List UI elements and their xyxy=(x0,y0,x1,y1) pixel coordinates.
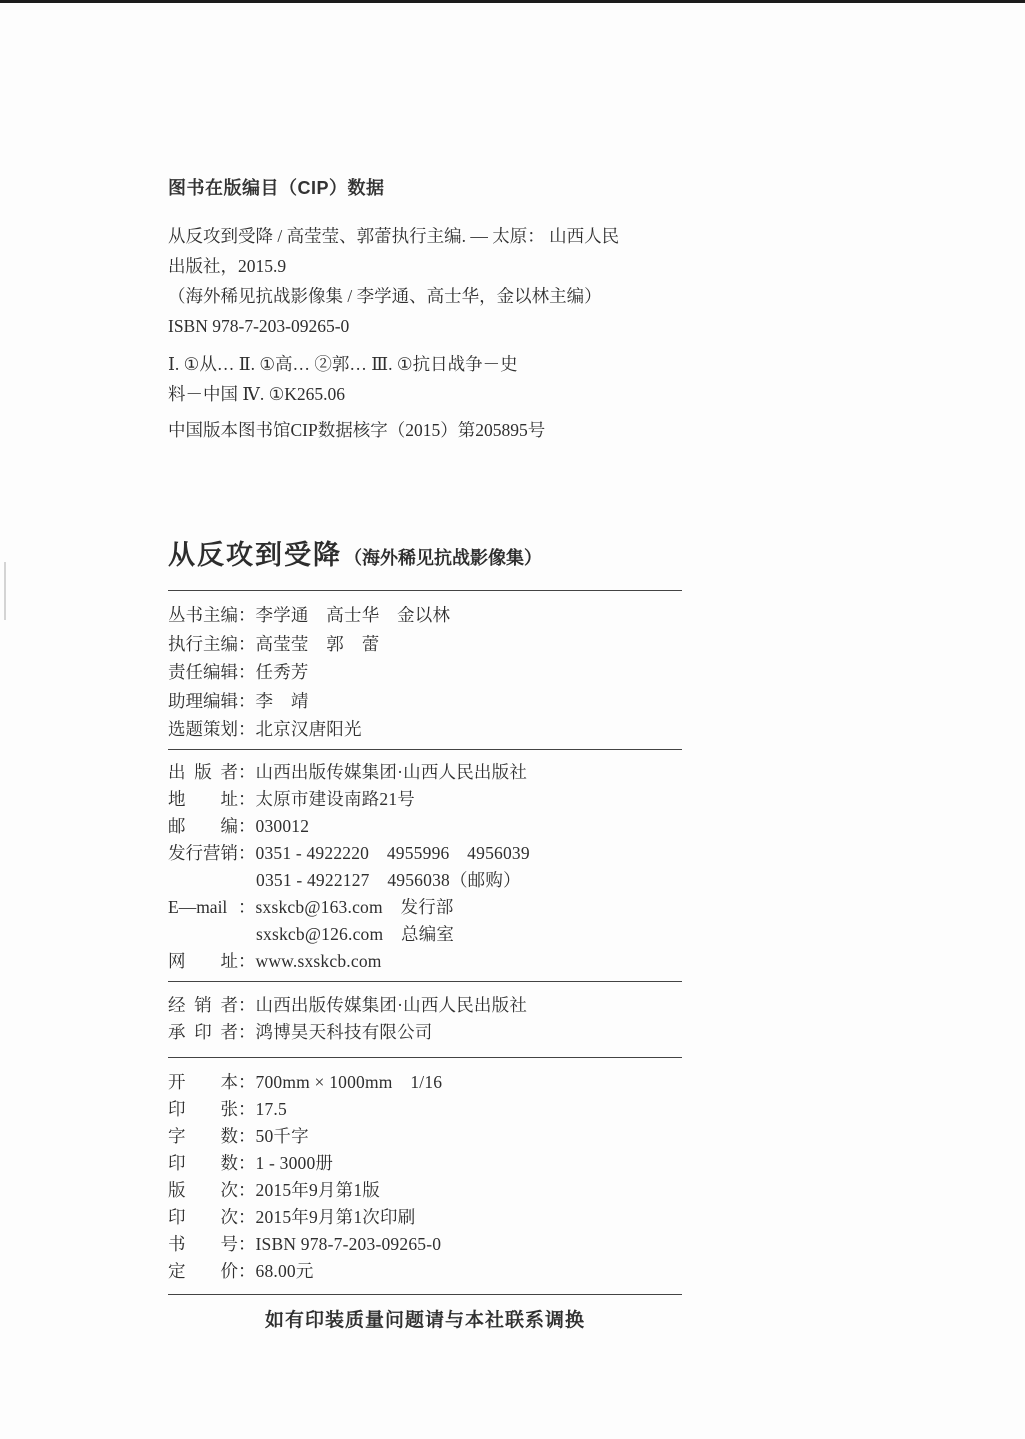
classification-line: 料－中国 Ⅳ. ①K265.06 xyxy=(168,379,682,409)
row-colon: ： xyxy=(238,1258,256,1285)
row-label: 邮编 xyxy=(168,813,238,840)
row-colon: ： xyxy=(238,786,256,813)
row-label: 地址 xyxy=(168,786,238,813)
row-value: 50千字 xyxy=(256,1126,309,1146)
cip-record-paragraph: 从反攻到受降 / 高莹莹、郭蕾执行主编. — 太原： 山西人民 出版社，2015… xyxy=(168,221,682,341)
row-colon: ： xyxy=(238,715,256,744)
row-label: 助理编辑 xyxy=(168,687,238,716)
book-title: 从反攻到受降 xyxy=(168,537,342,573)
book-title-row: 从反攻到受降 （海外稀见抗战影像集） xyxy=(168,537,682,576)
row-value: 1 - 3000册 xyxy=(256,1153,334,1173)
info-row-continuation: sxskcb@126.com 总编室 xyxy=(168,921,682,948)
scan-artifact xyxy=(4,562,6,620)
info-row: E—mail：sxskcb@163.com 发行部 xyxy=(168,894,682,921)
cip-line: （海外稀见抗战影像集 / 李学通、高士华，金以林主编） xyxy=(168,281,682,311)
row-colon: ： xyxy=(238,658,256,687)
row-value: 68.00元 xyxy=(256,1261,314,1281)
cip-registry-number: 中国版本图书馆CIP数据核字（2015）第205895号 xyxy=(168,417,682,443)
info-row: 丛书主编：李学通 高士华 金以林 xyxy=(168,601,682,630)
row-colon: ： xyxy=(238,1069,256,1096)
row-label: 印数 xyxy=(168,1150,238,1177)
row-label: 出版者 xyxy=(168,759,238,786)
row-colon: ： xyxy=(238,1123,256,1150)
row-label: 定价 xyxy=(168,1258,238,1285)
divider xyxy=(168,1057,682,1058)
row-value: 鸿博昊天科技有限公司 xyxy=(256,1022,433,1042)
row-label: 字数 xyxy=(168,1123,238,1150)
cip-line: ISBN 978-7-203-09265-0 xyxy=(168,311,682,341)
row-colon: ： xyxy=(238,1177,256,1204)
row-value: 太原市建设南路21号 xyxy=(256,789,416,809)
divider xyxy=(168,749,682,750)
row-colon: ： xyxy=(238,1019,256,1046)
info-row: 字数：50千字 xyxy=(168,1123,682,1150)
cip-header: 图书在版编目（CIP）数据 xyxy=(168,175,682,201)
divider xyxy=(168,981,682,982)
row-colon: ： xyxy=(238,1231,256,1258)
row-value: 李学通 高士华 金以林 xyxy=(256,605,451,625)
cip-line: 出版社，2015.9 xyxy=(168,251,682,281)
row-colon: ： xyxy=(238,630,256,659)
info-row: 经销者：山西出版传媒集团·山西人民出版社 xyxy=(168,992,682,1019)
row-value: sxskcb@126.com 总编室 xyxy=(256,924,454,944)
info-row: 出版者：山西出版传媒集团·山西人民出版社 xyxy=(168,759,682,786)
page-content: 图书在版编目（CIP）数据 从反攻到受降 / 高莹莹、郭蕾执行主编. — 太原：… xyxy=(168,0,682,1334)
row-label: 网址 xyxy=(168,948,238,975)
row-label: 开本 xyxy=(168,1069,238,1096)
cip-line: 从反攻到受降 / 高莹莹、郭蕾执行主编. — 太原： 山西人民 xyxy=(168,221,682,251)
row-label: 书号 xyxy=(168,1231,238,1258)
row-colon: ： xyxy=(238,813,256,840)
row-label: 选题策划 xyxy=(168,715,238,744)
quality-notice: 如有印装质量问题请与本社联系调换 xyxy=(168,1308,682,1334)
cip-classification: Ⅰ. ①从… Ⅱ. ①高… ②郭… Ⅲ. ①抗日战争－史 料－中国 Ⅳ. ①K2… xyxy=(168,349,682,409)
row-label: 执行主编 xyxy=(168,630,238,659)
info-row: 书号：ISBN 978-7-203-09265-0 xyxy=(168,1231,682,1258)
book-copyright-page: 图书在版编目（CIP）数据 从反攻到受降 / 高莹莹、郭蕾执行主编. — 太原：… xyxy=(0,0,1025,1439)
row-label: 丛书主编 xyxy=(168,601,238,630)
divider xyxy=(168,590,682,591)
row-value: 0351 - 4922220 4955996 4956039 xyxy=(256,843,530,863)
info-row: 执行主编：高莹莹 郭 蕾 xyxy=(168,630,682,659)
row-value: 17.5 xyxy=(256,1099,287,1119)
row-value: ISBN 978-7-203-09265-0 xyxy=(256,1234,442,1254)
row-value: 北京汉唐阳光 xyxy=(256,719,362,739)
info-row: 版次：2015年9月第1版 xyxy=(168,1177,682,1204)
row-colon: ： xyxy=(238,840,256,867)
row-colon: ： xyxy=(238,948,256,975)
info-row: 开本：700mm × 1000mm 1/16 xyxy=(168,1069,682,1096)
row-label: 责任编辑 xyxy=(168,658,238,687)
print-specs-section: 开本：700mm × 1000mm 1/16 印张：17.5 字数：50千字 印… xyxy=(168,1069,682,1285)
distribution-section: 经销者：山西出版传媒集团·山西人民出版社 承印者：鸿博昊天科技有限公司 xyxy=(168,992,682,1046)
row-colon: ： xyxy=(238,687,256,716)
row-colon: ： xyxy=(238,992,256,1019)
row-value: 030012 xyxy=(256,816,310,836)
info-row: 网址：www.sxskcb.com xyxy=(168,948,682,975)
info-row: 地址：太原市建设南路21号 xyxy=(168,786,682,813)
row-label: E—mail xyxy=(168,894,238,921)
editors-section: 丛书主编：李学通 高士华 金以林 执行主编：高莹莹 郭 蕾 责任编辑：任秀芳 助… xyxy=(168,601,682,744)
row-colon: ： xyxy=(238,894,256,921)
row-colon: ： xyxy=(238,1150,256,1177)
row-colon: ： xyxy=(238,759,256,786)
divider xyxy=(168,1294,682,1295)
row-value: 山西出版传媒集团·山西人民出版社 xyxy=(256,995,528,1015)
info-row: 邮编：030012 xyxy=(168,813,682,840)
row-label: 印次 xyxy=(168,1204,238,1231)
info-row: 助理编辑：李 靖 xyxy=(168,687,682,716)
row-value: www.sxskcb.com xyxy=(256,951,382,971)
row-label: 印张 xyxy=(168,1096,238,1123)
classification-line: Ⅰ. ①从… Ⅱ. ①高… ②郭… Ⅲ. ①抗日战争－史 xyxy=(168,349,682,379)
row-colon: ： xyxy=(238,1096,256,1123)
row-value: 任秀芳 xyxy=(256,662,309,682)
row-label: 发行营销 xyxy=(168,840,238,867)
info-row: 印次：2015年9月第1次印刷 xyxy=(168,1204,682,1231)
row-value: 700mm × 1000mm 1/16 xyxy=(256,1072,443,1092)
row-label: 承印者 xyxy=(168,1019,238,1046)
row-label: 版次 xyxy=(168,1177,238,1204)
row-colon: ： xyxy=(238,1204,256,1231)
info-row: 印张：17.5 xyxy=(168,1096,682,1123)
row-label: 经销者 xyxy=(168,992,238,1019)
row-value: 2015年9月第1版 xyxy=(256,1180,381,1200)
book-subtitle: （海外稀见抗战影像集） xyxy=(344,540,542,576)
row-value: 0351 - 4922127 4956038（邮购） xyxy=(256,870,521,890)
info-row-continuation: 0351 - 4922127 4956038（邮购） xyxy=(168,867,682,894)
info-row: 印数：1 - 3000册 xyxy=(168,1150,682,1177)
info-row: 定价：68.00元 xyxy=(168,1258,682,1285)
row-colon: ： xyxy=(238,601,256,630)
row-value: 高莹莹 郭 蕾 xyxy=(256,634,380,654)
publisher-section: 出版者：山西出版传媒集团·山西人民出版社 地址：太原市建设南路21号 邮编：03… xyxy=(168,759,682,975)
row-value: 2015年9月第1次印刷 xyxy=(256,1207,416,1227)
row-value: 山西出版传媒集团·山西人民出版社 xyxy=(256,762,528,782)
info-row: 发行营销：0351 - 4922220 4955996 4956039 xyxy=(168,840,682,867)
row-value: 李 靖 xyxy=(256,691,309,711)
info-row: 选题策划：北京汉唐阳光 xyxy=(168,715,682,744)
row-value: sxskcb@163.com 发行部 xyxy=(256,897,454,917)
info-row: 责任编辑：任秀芳 xyxy=(168,658,682,687)
info-row: 承印者：鸿博昊天科技有限公司 xyxy=(168,1019,682,1046)
